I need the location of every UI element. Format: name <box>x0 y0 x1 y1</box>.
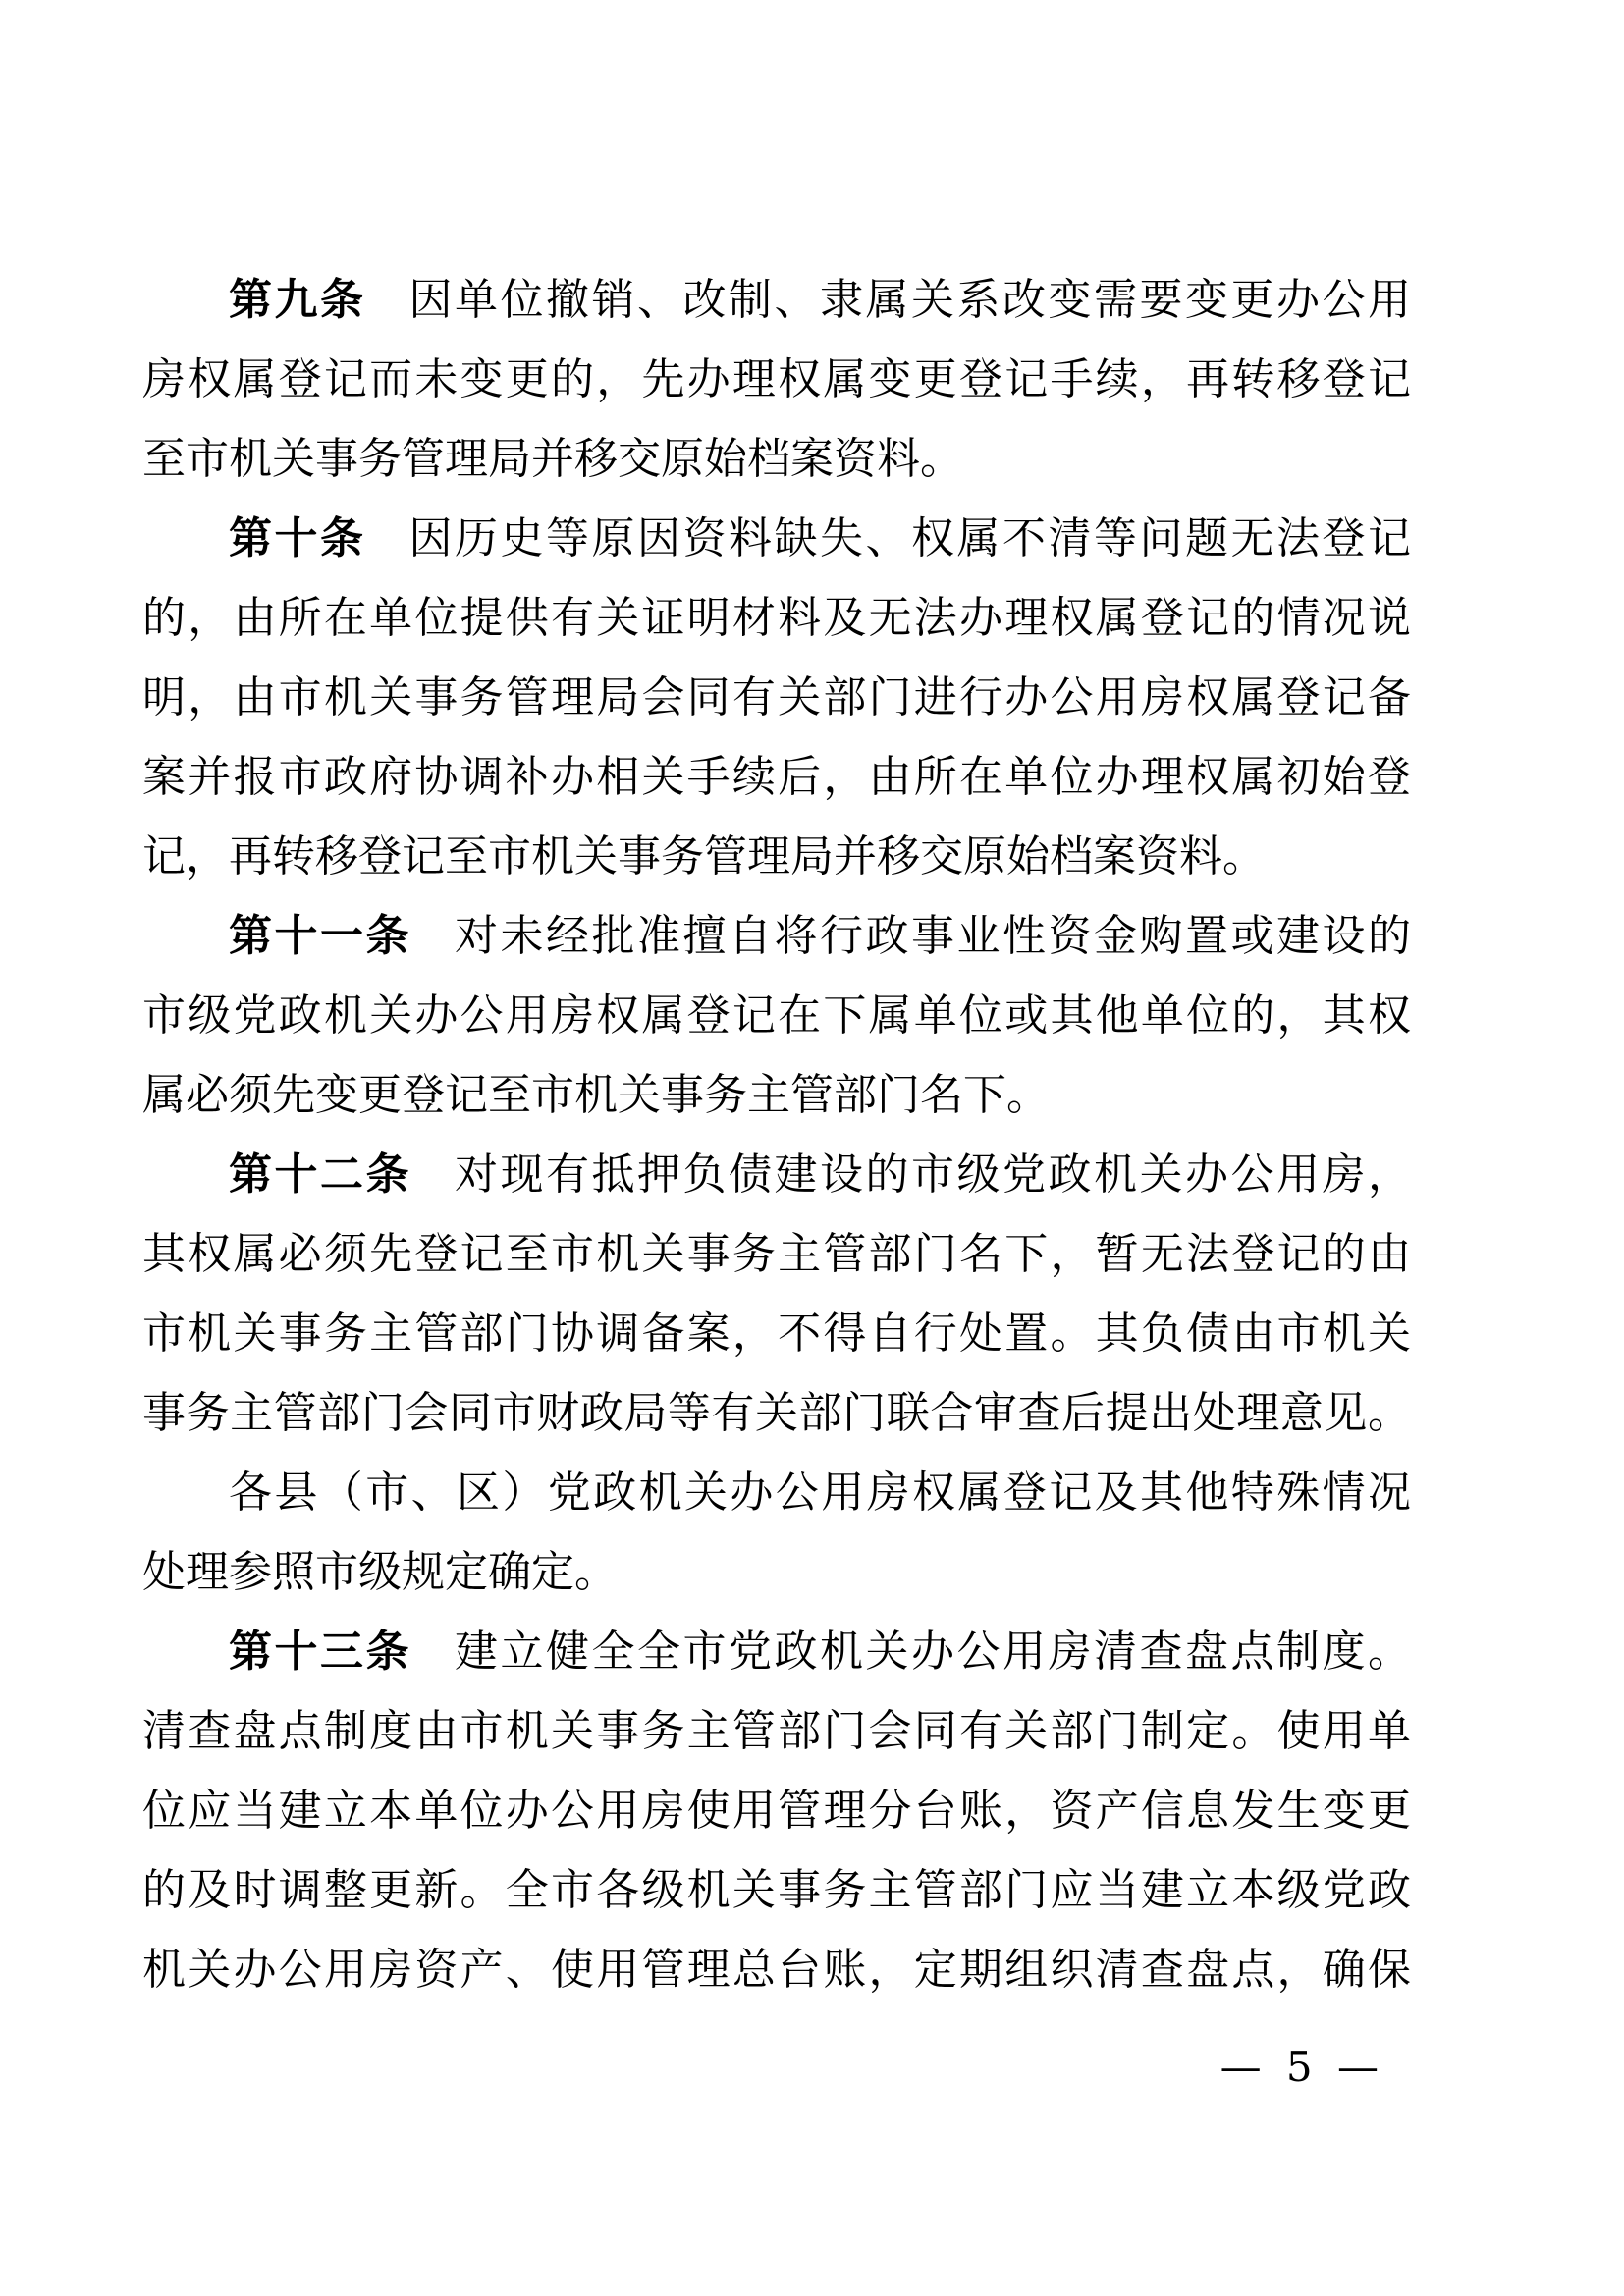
line-text: 因单位撤销、改制、隶属关系改变需要变更办公用 <box>409 275 1412 325</box>
article-number: 第十条 <box>229 513 366 563</box>
article-number: 第十三条 <box>229 1627 411 1677</box>
line-text: 处理参照市级规定确定。 <box>142 1547 618 1597</box>
document-line: 房权属登记而未变更的，先办理权属变更登记手续，再转移登记 <box>142 340 1411 419</box>
document-line: 事务主管部门会同市财政局等有关部门联合审查后提出处理意见。 <box>142 1373 1411 1453</box>
document-line: 第十三条建立健全全市党政机关办公用房清查盘点制度。 <box>142 1612 1411 1691</box>
document-line: 的，由所在单位提供有关证明材料及无法办理权属登记的情况说 <box>142 578 1411 658</box>
line-text: 对现有抵押负债建设的市级党政机关办公用房， <box>455 1149 1411 1200</box>
document-line: 记，再转移登记至市机关事务管理局并移交原始档案资料。 <box>142 817 1411 896</box>
document-line: 案并报市政府协调补办相关手续后，由所在单位办理权属初始登 <box>142 737 1411 817</box>
document-line: 各县（市、区）党政机关办公用房权属登记及其他特殊情况 <box>142 1453 1411 1532</box>
document-line: 机关办公用房资产、使用管理总台账，定期组织清查盘点，确保 <box>142 1930 1411 2009</box>
line-text: 事务主管部门会同市财政局等有关部门联合审查后提出处理意见。 <box>142 1388 1411 1438</box>
document-line: 第十条因历史等原因资料缺失、权属不清等问题无法登记 <box>142 499 1411 578</box>
line-text: 其权属必须先登记至市机关事务主管部门名下，暂无法登记的由 <box>142 1229 1411 1279</box>
document-line: 明，由市机关事务管理局会同有关部门进行办公用房权属登记备 <box>142 658 1411 737</box>
document-line: 清查盘点制度由市机关事务主管部门会同有关部门制定。使用单 <box>142 1691 1411 1771</box>
article-number: 第十二条 <box>229 1149 411 1200</box>
text-block: 第九条因单位撤销、改制、隶属关系改变需要变更办公用房权属登记而未变更的，先办理权… <box>142 260 1411 2009</box>
document-line: 第十二条对现有抵押负债建设的市级党政机关办公用房， <box>142 1135 1411 1214</box>
line-text: 位应当建立本单位办公用房使用管理分台账，资产信息发生变更 <box>142 1786 1411 1836</box>
line-text: 的，由所在单位提供有关证明材料及无法办理权属登记的情况说 <box>142 593 1411 643</box>
line-text: 机关办公用房资产、使用管理总台账，定期组织清查盘点，确保 <box>142 1945 1411 1995</box>
line-text: 对未经批准擅自将行政事业性资金购置或建设的 <box>455 911 1411 961</box>
document-line: 市级党政机关办公用房权属登记在下属单位或其他单位的，其权 <box>142 976 1411 1055</box>
line-text: 明，由市机关事务管理局会同有关部门进行办公用房权属登记备 <box>142 672 1411 722</box>
document-line: 至市机关事务管理局并移交原始档案资料。 <box>142 419 1411 499</box>
line-text: 各县（市、区）党政机关办公用房权属登记及其他特殊情况 <box>229 1468 1411 1518</box>
line-text: 房权属登记而未变更的，先办理权属变更登记手续，再转移登记 <box>142 354 1411 404</box>
line-text: 市级党政机关办公用房权属登记在下属单位或其他单位的，其权 <box>142 990 1411 1041</box>
line-text: 的及时调整更新。全市各级机关事务主管部门应当建立本级党政 <box>142 1865 1411 1915</box>
document-line: 位应当建立本单位办公用房使用管理分台账，资产信息发生变更 <box>142 1771 1411 1850</box>
page-number: — 5 — <box>1220 2044 1384 2091</box>
line-text: 至市机关事务管理局并移交原始档案资料。 <box>142 434 963 484</box>
document-line: 的及时调整更新。全市各级机关事务主管部门应当建立本级党政 <box>142 1850 1411 1930</box>
document-line: 第十一条对未经批准擅自将行政事业性资金购置或建设的 <box>142 896 1411 976</box>
line-text: 清查盘点制度由市机关事务主管部门会同有关部门制定。使用单 <box>142 1706 1411 1756</box>
document-page: 第九条因单位撤销、改制、隶属关系改变需要变更办公用房权属登记而未变更的，先办理权… <box>0 0 1624 2296</box>
line-text: 属必须先变更登记至市机关事务主管部门名下。 <box>142 1070 1050 1120</box>
document-line: 其权属必须先登记至市机关事务主管部门名下，暂无法登记的由 <box>142 1214 1411 1294</box>
document-line: 属必须先变更登记至市机关事务主管部门名下。 <box>142 1055 1411 1135</box>
line-text: 建立健全全市党政机关办公用房清查盘点制度。 <box>455 1627 1411 1677</box>
line-text: 案并报市政府协调补办相关手续后，由所在单位办理权属初始登 <box>142 752 1411 802</box>
document-line: 第九条因单位撤销、改制、隶属关系改变需要变更办公用 <box>142 260 1411 340</box>
line-text: 市机关事务主管部门协调备案，不得自行处置。其负债由市机关 <box>142 1308 1411 1359</box>
line-text: 记，再转移登记至市机关事务管理局并移交原始档案资料。 <box>142 831 1266 881</box>
document-line: 处理参照市级规定确定。 <box>142 1532 1411 1612</box>
article-number: 第十一条 <box>229 911 411 961</box>
line-text: 因历史等原因资料缺失、权属不清等问题无法登记 <box>409 513 1412 563</box>
document-line: 市机关事务主管部门协调备案，不得自行处置。其负债由市机关 <box>142 1294 1411 1373</box>
article-number: 第九条 <box>229 275 366 325</box>
